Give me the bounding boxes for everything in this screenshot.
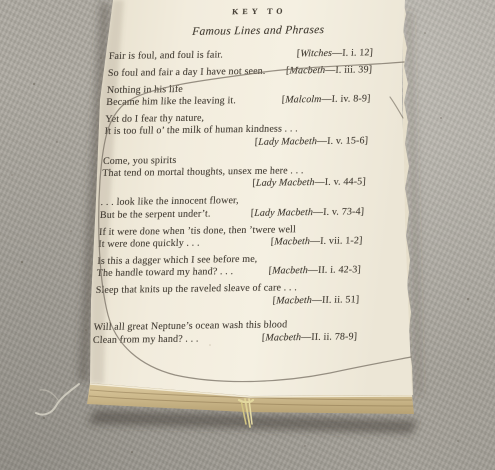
citation-speaker: Malcolm [285,94,322,106]
citation-speaker: Macbeth [289,65,325,76]
citation: [Witches—I. i. 12] [288,47,373,61]
quote-text: But be the serpent under’t. [100,208,211,222]
quote-text: Is this a dagger which I see before me, [97,254,258,269]
citation-speaker: Lady Macbeth [258,136,317,148]
citation: [Macbeth—I. iii. 39] [278,64,373,78]
quote-text: So foul and fair a day I have not seen. [108,66,266,81]
citation-speaker: Macbeth [272,265,308,276]
citation: [Macbeth—II. ii. 51] [264,294,359,308]
quote-line: So foul and fair a day I have not seen.[… [108,64,373,80]
quote-line: Became him like the leaving it.[Malcolm—… [106,93,371,109]
page-text: KEY TO Famous Lines and Phrases Fair is … [92,0,376,351]
quote-entry: Is this a dagger which I see before me,T… [96,252,362,280]
quote-entry: Yet do I fear thy nature,It is too full … [104,110,370,151]
citation-speaker: Lady Macbeth [254,207,313,219]
citation-speaker: Lady Macbeth [256,177,315,189]
quote-entry: . . . look like the innocent flower,But … [100,194,366,222]
citation-speaker: Witches [300,48,332,59]
citation: [Macbeth—I. vii. 1-2] [262,235,362,249]
quote-line: Fair is foul, and foul is fair.[Witches—… [108,47,373,63]
quote-line: But be the serpent under’t.[Lady Macbeth… [100,206,365,222]
citation: [Malcolm—I. iv. 8-9] [273,93,370,107]
quote-text: Fair is foul, and foul is fair. [108,49,223,63]
quote-entry: Come, you spiritsThat tend on mortal tho… [101,152,367,193]
citation: [Macbeth—II. ii. 78-9] [254,331,358,345]
page-kicker: KEY TO [129,4,390,20]
quote-line: The handle toward my hand? . . .[Macbeth… [96,265,361,281]
citation-speaker: Macbeth [276,295,312,306]
quote-text: Became him like the leaving it. [106,95,236,109]
citation: [Macbeth—II. i. 42-3] [260,265,361,279]
quote-text: It were done quickly . . . [98,238,200,252]
quote-entry: If it were done when ’tis done, then ’tw… [98,223,364,251]
quote-text: Clean from my hand? . . . [93,333,199,347]
quote-entry: Fair is foul, and foul is fair.[Witches—… [108,47,373,63]
quote-text: . . . look like the innocent flower, [100,195,239,209]
quote-line: It were done quickly . . .[Macbeth—I. vi… [98,235,363,251]
citation: [Lady Macbeth—I. v. 73-4] [242,206,364,220]
quote-text: Come, you spirits [103,155,177,168]
quote-text: The handle toward my hand? . . . [96,266,233,280]
quote-text: Nothing in his life [107,84,184,97]
quote-entry: So foul and fair a day I have not seen.[… [108,64,373,80]
quote-entry: Sleep that knits up the raveled sleave o… [95,282,361,310]
quote-line: Clean from my hand? . . .[Macbeth—II. ii… [93,331,358,347]
quote-entry: Nothing in his lifeBecame him like the l… [106,81,372,109]
citation: [Lady Macbeth—I. v. 15-6] [246,135,368,149]
citation-speaker: Macbeth [274,236,310,247]
citation: [Lady Macbeth—I. v. 44-5] [244,177,366,191]
page-header-block: KEY TO Famous Lines and Phrases [128,4,390,39]
photo-scene: { "scene": { "description": "photograph … [0,0,495,470]
page-subtitle: Famous Lines and Phrases [128,24,389,40]
quote-entries: Fair is foul, and foul is fair.[Witches—… [93,47,374,347]
quote-entry: Will all great Neptune’s ocean wash this… [93,318,359,346]
citation-speaker: Macbeth [265,332,301,343]
